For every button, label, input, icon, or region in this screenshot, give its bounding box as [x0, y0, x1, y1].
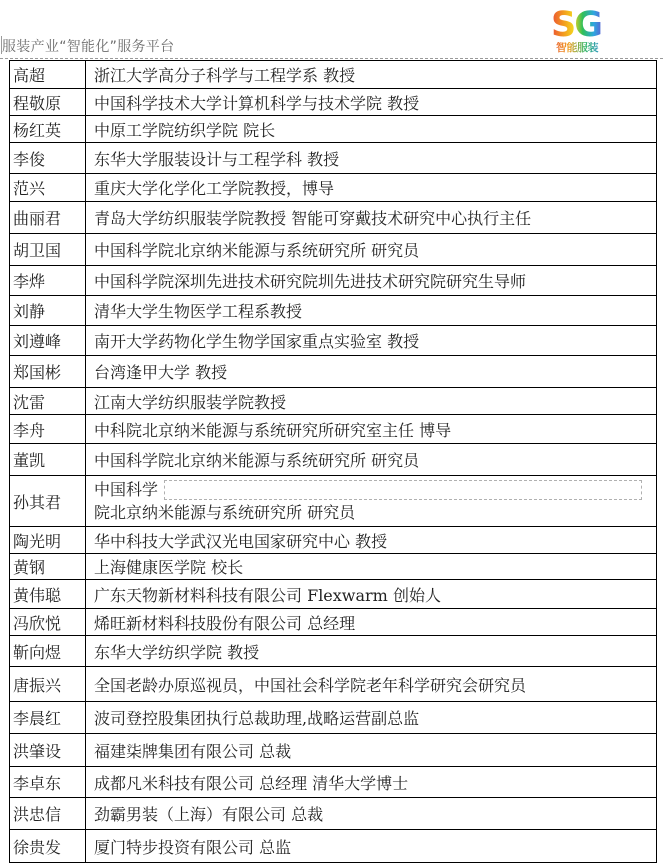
- title-line-2: 院北京纳米能源与系统研究所 研究员: [94, 501, 355, 524]
- expert-name-cell: 洪忠信: [10, 798, 86, 829]
- empty-text-box[interactable]: [164, 480, 642, 500]
- expert-name-cell: 靳向煜: [10, 636, 86, 666]
- table-row: 洪忠信劲霸男装（上海）有限公司 总裁: [10, 798, 656, 830]
- expert-title-cell: 上海健康医学院 校长: [86, 554, 656, 579]
- title-line-1: 中国科学: [94, 478, 642, 501]
- expert-title-cell: 华中科技大学武汉光电国家研究中心 教授: [86, 527, 656, 553]
- expert-name-cell: 郑国彬: [10, 356, 86, 387]
- table-row: 唐振兴全国老龄办原巡视员，中国社会科学院老年科学研究会研究员: [10, 667, 656, 702]
- expert-title-cell: 中国科学院北京纳米能源与系统研究所 研究员: [86, 234, 656, 265]
- table-row: 刘遵峰南开大学药物化学生物学国家重点实验室 教授: [10, 326, 656, 356]
- table-row: 孙其君中国科学院北京纳米能源与系统研究所 研究员: [10, 476, 656, 527]
- expert-title-cell: 重庆大学化学化工学院教授，博导: [86, 174, 656, 201]
- expert-name-cell: 黄钢: [10, 554, 86, 579]
- table-row: 李舟中科院北京纳米能源与系统研究所研究室主任 博导: [10, 415, 656, 444]
- table-row: 董凯中国科学院北京纳米能源与系统研究所 研究员: [10, 444, 656, 476]
- logo-mark: SG: [548, 8, 604, 42]
- expert-title-cell: 中国科学院深圳先进技术研究院圳先进技术研究院研究生导师: [86, 266, 656, 295]
- expert-name-cell: 孙其君: [10, 476, 86, 526]
- expert-name-cell: 范兴: [10, 174, 86, 201]
- platform-title: 服装产业“智能化”服务平台: [2, 36, 174, 56]
- table-row: 靳向煜东华大学纺织学院 教授: [10, 636, 656, 667]
- expert-name-cell: 李卓东: [10, 767, 86, 797]
- expert-name-cell: 刘静: [10, 296, 86, 325]
- expert-name-cell: 高超: [10, 61, 86, 88]
- expert-name-cell: 陶光明: [10, 527, 86, 553]
- expert-name-cell: 李烨: [10, 266, 86, 295]
- page-header: 服装产业“智能化”服务平台 SG 智能服装: [0, 0, 663, 58]
- expert-name-cell: 程敬原: [10, 89, 86, 115]
- table-row: 杨红英中原工学院纺织学院 院长: [10, 116, 656, 143]
- table-row: 曲丽君青岛大学纺织服装学院教授 智能可穿戴技术研究中心执行主任: [10, 202, 656, 234]
- expert-title-cell: 厦门特步投资有限公司 总监: [86, 830, 656, 862]
- expert-title-cell: 中国科学院北京纳米能源与系统研究所 研究员: [86, 444, 656, 475]
- table-row: 黄钢上海健康医学院 校长: [10, 554, 656, 580]
- header-divider: [0, 58, 663, 59]
- table-row: 徐贵发厦门特步投资有限公司 总监: [10, 830, 656, 863]
- table-row: 黄伟聪广东天物新材料科技有限公司 Flexwarm 创始人: [10, 580, 656, 609]
- logo-subtitle: 智能服装: [550, 42, 604, 54]
- table-row: 陶光明华中科技大学武汉光电国家研究中心 教授: [10, 527, 656, 554]
- expert-title-cell: 中国科学院北京纳米能源与系统研究所 研究员: [86, 476, 656, 526]
- expert-title-cell: 东华大学服装设计与工程学科 教授: [86, 143, 656, 173]
- table-row: 沈雷江南大学纺织服装学院教授: [10, 388, 656, 415]
- table-row: 郑国彬台湾逢甲大学 教授: [10, 356, 656, 388]
- table-row: 胡卫国中国科学院北京纳米能源与系统研究所 研究员: [10, 234, 656, 266]
- table-row: 高超浙江大学高分子科学与工程学系 教授: [10, 61, 656, 89]
- expert-title-cell: 成都凡米科技有限公司 总经理 清华大学博士: [86, 767, 656, 797]
- expert-name-cell: 徐贵发: [10, 830, 86, 862]
- expert-title-cell: 江南大学纺织服装学院教授: [86, 388, 656, 414]
- expert-name-cell: 洪肇设: [10, 734, 86, 766]
- table-row: 李晨红波司登控股集团执行总裁助理,战略运营副总监: [10, 702, 656, 734]
- expert-name-cell: 唐振兴: [10, 667, 86, 701]
- expert-title-cell: 福建柒牌集团有限公司 总裁: [86, 734, 656, 766]
- table-row: 李俊东华大学服装设计与工程学科 教授: [10, 143, 656, 174]
- expert-title-cell: 台湾逢甲大学 教授: [86, 356, 656, 387]
- table-row: 李卓东成都凡米科技有限公司 总经理 清华大学博士: [10, 767, 656, 798]
- expert-title-cell: 青岛大学纺织服装学院教授 智能可穿戴技术研究中心执行主任: [86, 202, 656, 233]
- table-row: 程敬原中国科学技术大学计算机科学与技术学院 教授: [10, 89, 656, 116]
- expert-name-cell: 胡卫国: [10, 234, 86, 265]
- expert-title-cell: 劲霸男装（上海）有限公司 总裁: [86, 798, 656, 829]
- table-row: 洪肇设福建柒牌集团有限公司 总裁: [10, 734, 656, 767]
- sg-logo: SG 智能服装: [548, 8, 604, 56]
- expert-name-cell: 李晨红: [10, 702, 86, 733]
- expert-name-cell: 曲丽君: [10, 202, 86, 233]
- expert-title-cell: 中国科学技术大学计算机科学与技术学院 教授: [86, 89, 656, 115]
- table-row: 李烨中国科学院深圳先进技术研究院圳先进技术研究院研究生导师: [10, 266, 656, 296]
- expert-title-cell: 广东天物新材料科技有限公司 Flexwarm 创始人: [86, 580, 656, 608]
- table-row: 冯欣悦烯旺新材料科技股份有限公司 总经理: [10, 609, 656, 636]
- expert-name-cell: 刘遵峰: [10, 326, 86, 355]
- expert-title-cell: 东华大学纺织学院 教授: [86, 636, 656, 666]
- expert-title-cell: 中原工学院纺织学院 院长: [86, 116, 656, 142]
- expert-title-cell: 清华大学生物医学工程系教授: [86, 296, 656, 325]
- expert-table: 高超浙江大学高分子科学与工程学系 教授程敬原中国科学技术大学计算机科学与技术学院…: [9, 60, 657, 863]
- table-row: 范兴重庆大学化学化工学院教授，博导: [10, 174, 656, 202]
- expert-name-cell: 沈雷: [10, 388, 86, 414]
- expert-name-cell: 冯欣悦: [10, 609, 86, 635]
- title-text: 中国科学: [94, 478, 158, 501]
- expert-title-cell: 浙江大学高分子科学与工程学系 教授: [86, 61, 656, 88]
- expert-name-cell: 董凯: [10, 444, 86, 475]
- expert-title-cell: 全国老龄办原巡视员，中国社会科学院老年科学研究会研究员: [86, 667, 656, 701]
- expert-name-cell: 杨红英: [10, 116, 86, 142]
- expert-title-cell: 南开大学药物化学生物学国家重点实验室 教授: [86, 326, 656, 355]
- expert-name-cell: 李舟: [10, 415, 86, 443]
- expert-title-cell: 中科院北京纳米能源与系统研究所研究室主任 博导: [86, 415, 656, 443]
- expert-name-cell: 黄伟聪: [10, 580, 86, 608]
- expert-name-cell: 李俊: [10, 143, 86, 173]
- expert-title-cell: 波司登控股集团执行总裁助理,战略运营副总监: [86, 702, 656, 733]
- table-row: 刘静清华大学生物医学工程系教授: [10, 296, 656, 326]
- expert-title-cell: 烯旺新材料科技股份有限公司 总经理: [86, 609, 656, 635]
